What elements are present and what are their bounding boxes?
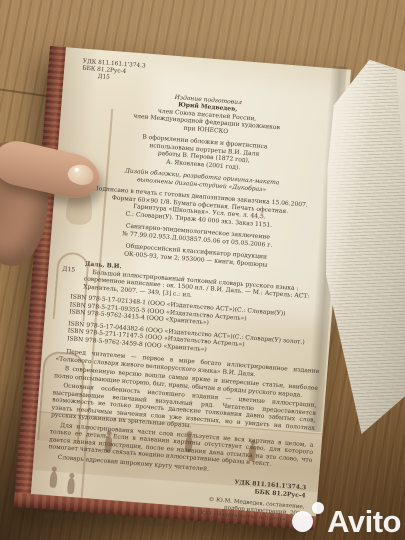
- annotation-paragraphs: Перед читателем — первое в мире богато и…: [47, 348, 319, 481]
- avito-dots-icon: [292, 501, 325, 535]
- avito-dot-small-icon: [312, 502, 324, 514]
- avito-dot-big-icon: [292, 511, 313, 532]
- curled-page-highlight: [326, 56, 405, 434]
- thumb-nail: [66, 162, 96, 187]
- avito-watermark-label: Avito: [327, 508, 401, 535]
- avito-watermark: Avito: [292, 501, 401, 535]
- photo-background: УДК 811.161.1'374.3 ББК 81.2Рус-4 Д15 Из…: [0, 0, 405, 540]
- curled-next-page: [326, 56, 405, 434]
- hand: [0, 118, 116, 278]
